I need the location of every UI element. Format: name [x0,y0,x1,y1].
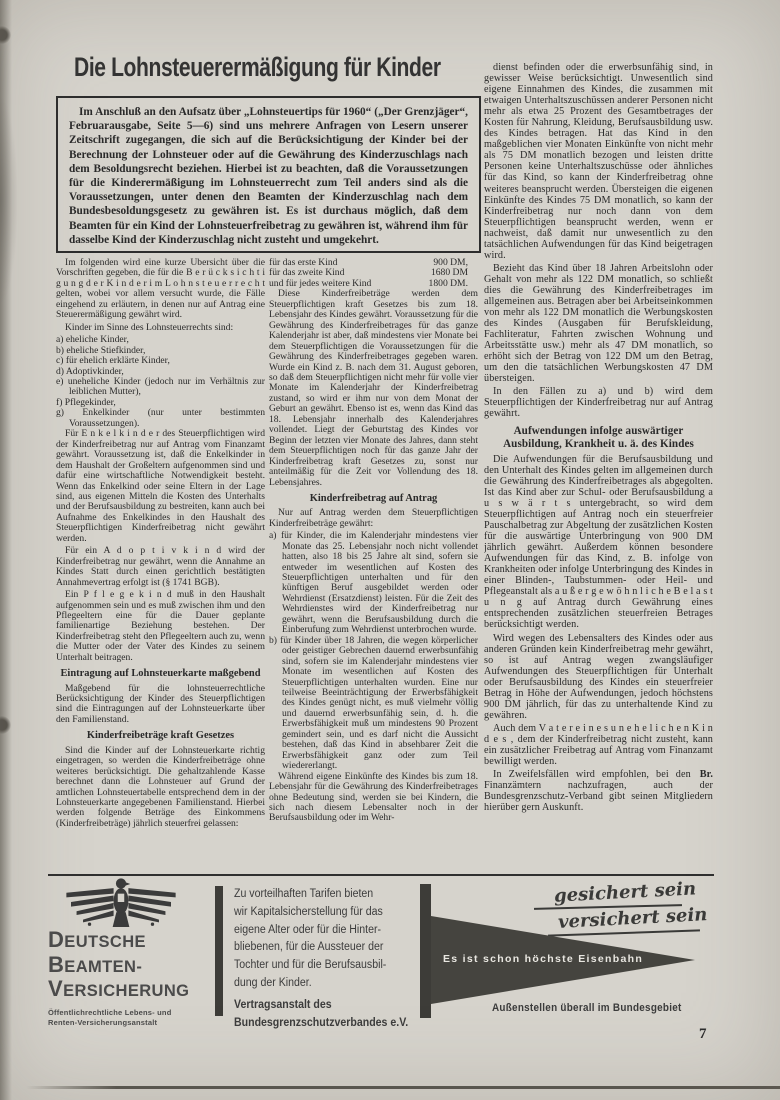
paragraph: Nur auf Antrag werden dem Steuerpflichti… [269,508,478,529]
paragraph: Ein P f l e g e k i n d muß in den Haush… [56,590,265,663]
section-heading: Kinderfreibeträge kraft Gesetzes [60,730,261,742]
section-heading: Aufwendungen infolge auswärtiger Ausbild… [488,425,709,451]
ad-text-line: Tochter und für die Berufsausbil- [234,957,425,975]
paragraph: Während eigene Einkünfte des Kindes bis … [269,772,478,824]
paragraph: Sind die Kinder auf der Lohnsteuerkarte … [56,746,265,830]
paragraph: Maßgebend für die lohnsteuerrechtliche B… [56,684,265,726]
ad-script-line-1: gesichert sein [554,878,697,906]
paragraph: Für E n k e l k i n d e r des Steuerpfli… [56,429,265,544]
paragraph: Kinder im Sinne des Lohnsteuerrechts sin… [56,323,265,333]
ad-bold-line: Vertragsanstalt des [234,997,425,1015]
dbv-name-line: BEAMTEN- [48,954,216,979]
scan-edge-bottom [26,1086,780,1089]
article-title: Die Lohnsteuerermäßigung für Kinder [74,52,441,83]
section-heading: Eintragung auf Lohnsteuerkarte maßgebend [60,668,261,680]
dbv-name-line: VERSICHERUNG [48,978,216,1003]
list-item: b) für Kinder über 18 Jahren, die wegen … [269,636,478,772]
scan-smudge [0,95,18,305]
ad-text-line: dung der Kinder. [234,975,425,993]
ad-bold-lines: Vertragsanstalt desBundesgrenzschutzverb… [234,997,425,1033]
ad-text-line: Zu vorteilhaften Tarifen bieten [234,886,425,904]
dbv-subtitle-line: Öffentlichrechtliche Lebens- und [48,1008,216,1018]
paragraph: Br.In Zweifelsfällen wird empfohlen, bei… [484,769,713,813]
ad-divider-bar [215,886,223,1016]
dbv-advertisement: DEUTSCHEBEAMTEN-VERSICHERUNG Öffentlichr… [48,877,216,1028]
paragraph: Auch dem V a t e r e i n e s u n e h e l… [484,723,713,767]
ad-text-line: bliebenen, für die Aussteuer der [234,939,425,957]
list-item: e) uneheliche Kinder (jedoch nur im Verh… [56,377,265,398]
paragraph: Diese Kinderfreibeträge werden dem Steue… [269,289,478,488]
ad-bold-line: Bundesgrenzschutzverbandes e.V. [234,1015,425,1033]
paragraph: Für ein A d o p t i v k i n d wird der K… [56,546,265,588]
list-item: a) für Kinder, die im Kalenderjahr minde… [269,531,478,636]
dbv-eagle-logo [56,877,186,927]
list-item: c) für ehelich erklärte Kinder, [56,356,265,366]
paragraph: Bezieht das Kind über 18 Jahren Arbeitsl… [484,263,713,385]
paragraph: dienst befinden oder die erwerbsunfähig … [484,62,713,261]
section-divider [48,874,714,876]
author-initials: Br. [691,769,713,780]
paragraph: Die Aufwendungen für die Berufsausbildun… [484,454,713,631]
dbv-subtitle-line: Renten-Versicherungsanstalt [48,1018,216,1028]
ad-footer-text: Außenstellen überall im Bundesgebiet [492,1002,682,1014]
intro-text: Im Anschluß an den Aufsatz über „Lohnste… [69,105,468,247]
intro-box: Im Anschluß an den Aufsatz über „Lohnste… [56,96,481,253]
paragraph: Wird wegen des Lebensalters des Kindes o… [484,633,713,721]
dbv-name-line: DEUTSCHE [48,929,216,954]
ad-text-line: wir Kapitalsicherstellung für das [234,904,425,922]
text-column-2: für das erste Kind900 DM,für das zweite … [269,258,478,872]
text-column-1: Im folgenden wird eine kurze Übersicht ü… [56,258,265,872]
magazine-page: Die Lohnsteuerermäßigung für Kinder Im A… [0,0,780,1100]
paragraph: In den Fällen zu a) und b) wird dem Steu… [484,386,713,419]
text-column-3: dienst befinden oder die erwerbsunfähig … [484,62,713,872]
insurance-ad-text: Zu vorteilhaften Tarifen bietenwir Kapit… [234,886,425,1032]
paragraph: Im folgenden wird eine kurze Übersicht ü… [56,258,265,321]
dbv-subtitle: Öffentlichrechtliche Lebens- undRenten-V… [48,1008,216,1028]
page-number: 7 [699,1026,707,1043]
list-item: g) Enkelkinder (nur unter bestimmten Vor… [56,408,265,429]
ad-text-line: eigene Alter oder für die Hinter- [234,922,425,940]
dbv-company-name: DEUTSCHEBEAMTEN-VERSICHERUNG [48,929,216,1003]
ad-body-lines: Zu vorteilhaften Tarifen bietenwir Kapit… [234,886,425,993]
section-heading: Kinderfreibetrag auf Antrag [273,493,474,505]
pennant-slogan: Es ist schon höchste Eisenbahn [443,953,643,965]
